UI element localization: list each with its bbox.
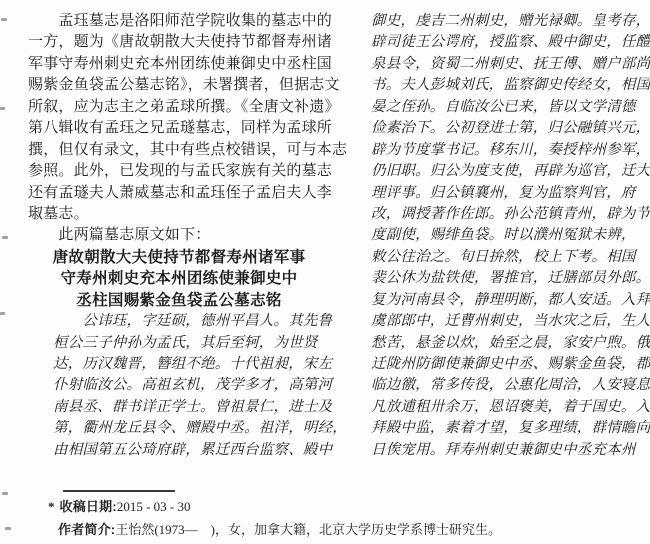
text-line: 虞部郎中，迁曹州刺史，当水灾之后，生人 — [371, 311, 647, 332]
scan-artifact — [2, 492, 8, 495]
text-line: 由相国第五公琦府辟，累迁西台监察、殿中 — [53, 440, 313, 461]
text-line: 改，调授著作佐郎。孙公范镇青州，辟为节 — [371, 204, 647, 225]
text-line: 凡放逋租卅余万，恩诏褒美，着于国史。入 — [371, 397, 647, 418]
text-line: 桓公三子仲孙为孟氏，其后至轲，为世贤 — [53, 333, 313, 354]
text-line: 守寿州刺史充本州团练使兼御史中 — [28, 268, 330, 289]
received-date-line: *收稿日期:2015 - 03 - 30 — [48, 495, 501, 518]
received-date-label: 收稿日期: — [60, 499, 117, 514]
text-line: 日俟宠用。拜寿州刺史兼御史中丞充本州 — [371, 440, 647, 461]
text-line: 仍旧职。归公为度支使，再辟为巡官，迁大 — [371, 161, 647, 182]
author-bio-text: 王怡然(1973— )，女，加拿大籍，北京大学历史学系博士研究生。 — [115, 522, 501, 537]
scan-artifact — [2, 236, 8, 239]
text-line: 辟司徒王公谔府，授监察、殿中御史，任醴 — [371, 32, 647, 53]
text-line: 拜殿中监，素着才望，复多理绩，群情瞻向， — [371, 418, 647, 439]
epitaph-text-left: 公讳珏，字廷硕，德州平昌人。其先鲁桓公三子仲孙为孟氏，其后至轲，为世贤达，历汉魏… — [53, 311, 313, 461]
text-line: 理评事。归公镇襄州，复为监察判官，府 — [371, 183, 647, 204]
text-line: 丞柱国赐紫金鱼袋孟公墓志铭 — [28, 290, 330, 311]
text-line: 还有孟璲夫人萧威墓志和孟珏侄子孟启夫人李 — [28, 183, 330, 204]
footnote-divider — [63, 490, 175, 492]
text-line: 第八辑收有孟珏之兄孟璲墓志，同样为孟球所 — [28, 118, 330, 139]
text-line: 迁陇州防御使兼御史中丞、赐紫金鱼袋，郡 — [371, 354, 647, 375]
left-column: 孟珏墓志是洛阳师范学院收集的墓志中的一方，题为《唐故朝散大夫使持节都督寿州诸军事… — [28, 11, 330, 461]
text-line: 泉县令，资蜀二州刺史、抚王傅、赠户部尚 — [371, 54, 647, 75]
footnote-asterisk: * — [48, 499, 55, 514]
text-line: 所叙，应为志主之弟孟球所撰。《全唐文补遗》 — [28, 97, 330, 118]
received-date-value: 2015 - 03 - 30 — [117, 499, 191, 514]
text-line: 第，衢州龙丘县令、赠殿中丞。祖洋，明经， — [53, 418, 313, 439]
text-line: 此两篇墓志原文如下： — [28, 225, 330, 246]
text-line: 度副使，赐绯鱼袋。时以濮州冤狱未辨， — [371, 225, 647, 246]
scan-artifact — [1, 18, 7, 21]
text-line: 孟珏墓志是洛阳师范学院收集的墓志中的 — [28, 11, 330, 32]
scan-artifact — [0, 107, 5, 110]
text-line: 赐紫金鱼袋孟公墓志铭》，未署撰者，但据志文 — [28, 75, 330, 96]
text-line: 达，历汉魏晋，簪组不绝。十代祖昶，宋左 — [53, 354, 313, 375]
journal-page: 孟珏墓志是洛阳师范学院收集的墓志中的一方，题为《唐故朝散大夫使持节都督寿州诸军事… — [0, 0, 650, 544]
text-line: 军事守寿州刺史充本州团练使兼御史中丞柱国 — [28, 54, 330, 75]
text-line: 南县丞、群书详正学士。曾祖景仁，进士及 — [53, 397, 313, 418]
text-line: 临边徼，常多传役，公惠化周洽，人安寝息， — [371, 375, 647, 396]
text-line: 唐故朝散大夫使持节都督寿州诸军事 — [28, 247, 330, 268]
author-bio-label: 作者简介: — [58, 522, 115, 537]
text-line: 晏之侄孙。自临汝公已来，皆以文学清德 — [371, 97, 647, 118]
text-line: 一方，题为《唐故朝散大夫使持节都督寿州诸 — [28, 32, 330, 53]
scan-artifact — [5, 527, 11, 530]
footnote: *收稿日期:2015 - 03 - 30 作者简介:王怡然(1973— )，女，… — [48, 495, 501, 541]
scan-artifact — [0, 312, 5, 315]
text-line: 愁苦，悬釜以炊，始至之晨，家安户煦。俄 — [371, 333, 647, 354]
author-bio-line: 作者简介:王怡然(1973— )，女，加拿大籍，北京大学历史学系博士研究生。 — [48, 518, 501, 541]
text-line: 仆射临汝公。高祖玄机，茂学多才，高第河 — [53, 375, 313, 396]
right-column: 御史，虔吉二州刺史，赠光禄卿。皇考存，辟司徒王公谔府，授监察、殿中御史，任醴泉县… — [371, 11, 647, 461]
text-line: 撰，但仅有录文，其中有些点校错误，可与本志 — [28, 140, 330, 161]
intro-paragraph: 孟珏墓志是洛阳师范学院收集的墓志中的一方，题为《唐故朝散大夫使持节都督寿州诸军事… — [28, 11, 330, 247]
text-line: 御史，虔吉二州刺史，赠光禄卿。皇考存， — [371, 11, 647, 32]
text-line: 辟为节度掌书记。移东川，奏授梓州参军， — [371, 140, 647, 161]
epitaph-title: 唐故朝散大夫使持节都督寿州诸军事守寿州刺史充本州团练使兼御史中丞柱国赐紫金鱼袋孟… — [28, 247, 330, 311]
text-line: 参照。此外，已发现的与孟氏家族有关的墓志 — [28, 161, 330, 182]
text-line: 书。夫人彭城刘氏，监察御史传经女，相国 — [371, 75, 647, 96]
text-line: 公讳珏，字廷硕，德州平昌人。其先鲁 — [53, 311, 313, 332]
text-line: 敕公往治之。旬日拚然，校上下考。相国 — [371, 247, 647, 268]
text-line: 复为河南县令，静理明断，都人安适。入拜 — [371, 290, 647, 311]
epitaph-text-right: 御史，虔吉二州刺史，赠光禄卿。皇考存，辟司徒王公谔府，授监察、殿中御史，任醴泉县… — [371, 11, 647, 461]
text-line: 俭素治下。公初登进士第，归公融镇兴元， — [371, 118, 647, 139]
text-line: 琡墓志。 — [28, 204, 330, 225]
text-line: 裴公休为盐铁使，署推官，迁膳部员外郎。 — [371, 268, 647, 289]
